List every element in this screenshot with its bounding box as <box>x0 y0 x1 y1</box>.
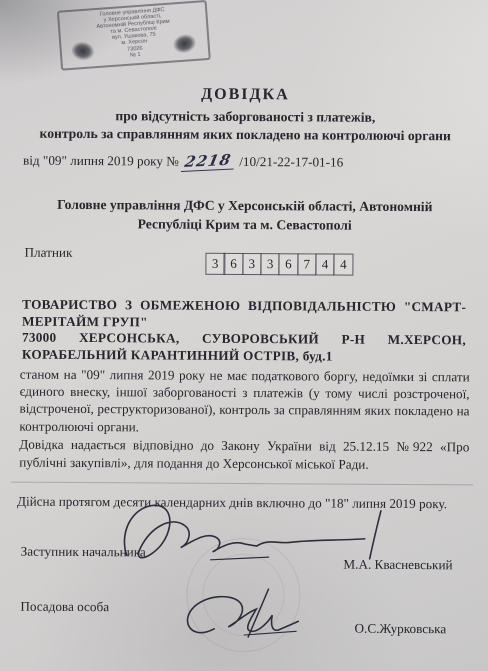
section-divider <box>11 482 473 486</box>
office-rect-stamp: Головне управління ДФС у Херсонській обл… <box>57 0 211 71</box>
signer-title-deputy-head: Заступник начальника <box>21 544 146 561</box>
document-title: ДОВІДКА <box>1 85 488 106</box>
payer-code-boxes: 3 6 3 3 6 7 4 4 <box>205 253 353 276</box>
issuing-authority: Головне управління ДФС у Херсонській обл… <box>55 195 435 235</box>
scanned-document-photo: Головне управління ДФС у Херсонській обл… <box>0 0 488 671</box>
payer-code-digit: 6 <box>279 253 299 275</box>
payer-label: Платник <box>24 245 72 261</box>
subtitle-line-2: контроль за справлянням яких покладено н… <box>40 126 451 144</box>
date-prefix: від "09" липня 2019 року № <box>23 153 179 169</box>
round-stamp-ghost-inner-icon <box>202 554 284 636</box>
body-paragraph-purpose: Довідка надається відповідно до Закону У… <box>19 436 469 475</box>
subtitle-line-1: про відсутність заборгованості з платежі… <box>115 108 375 125</box>
company-name: ТОВАРИСТВО З ОБМЕЖЕНОЮ ВІДПОВІДАЛЬНІСТЮ … <box>22 297 466 329</box>
company-block: ТОВАРИСТВО З ОБМЕЖЕНОЮ ВІДПОВІДАЛЬНІСТЮ … <box>22 297 466 366</box>
signer-name-zhurkovska: О.С.Журковська <box>354 621 446 638</box>
document-sheet: Головне управління ДФС у Херсонській обл… <box>0 0 488 671</box>
payer-code-digit: 6 <box>224 253 244 275</box>
validity-line: Дійсна протягом десяти календарних днів … <box>17 494 477 513</box>
payer-code-digit: 3 <box>205 253 225 275</box>
document-subtitle: про відсутність заборгованості з платежі… <box>7 107 483 146</box>
handwritten-doc-number: 2218 <box>181 151 237 172</box>
doc-number-suffix: /10/21-22-17-01-16 <box>239 154 343 170</box>
payer-code-digit: 3 <box>242 253 262 275</box>
payer-code-digit: 7 <box>297 253 317 275</box>
payer-code-digit: 3 <box>260 253 280 275</box>
date-number-line: від "09" липня 2019 року № 2218 /10/21-2… <box>23 151 475 173</box>
company-address: 73000 ХЕРСОНСЬКА, СУВОРОВСЬКИЙ Р-Н М.ХЕР… <box>22 330 466 363</box>
signer-name-kvasnevskyi: М.А. Квасневський <box>343 557 452 574</box>
payer-code-digit: 4 <box>334 254 354 276</box>
payer-code-digit: 4 <box>315 253 335 275</box>
signer-title-official: Посадова особа <box>20 599 109 616</box>
body-paragraph-no-debt: станом на "09" липня 2019 року не має по… <box>19 366 469 438</box>
